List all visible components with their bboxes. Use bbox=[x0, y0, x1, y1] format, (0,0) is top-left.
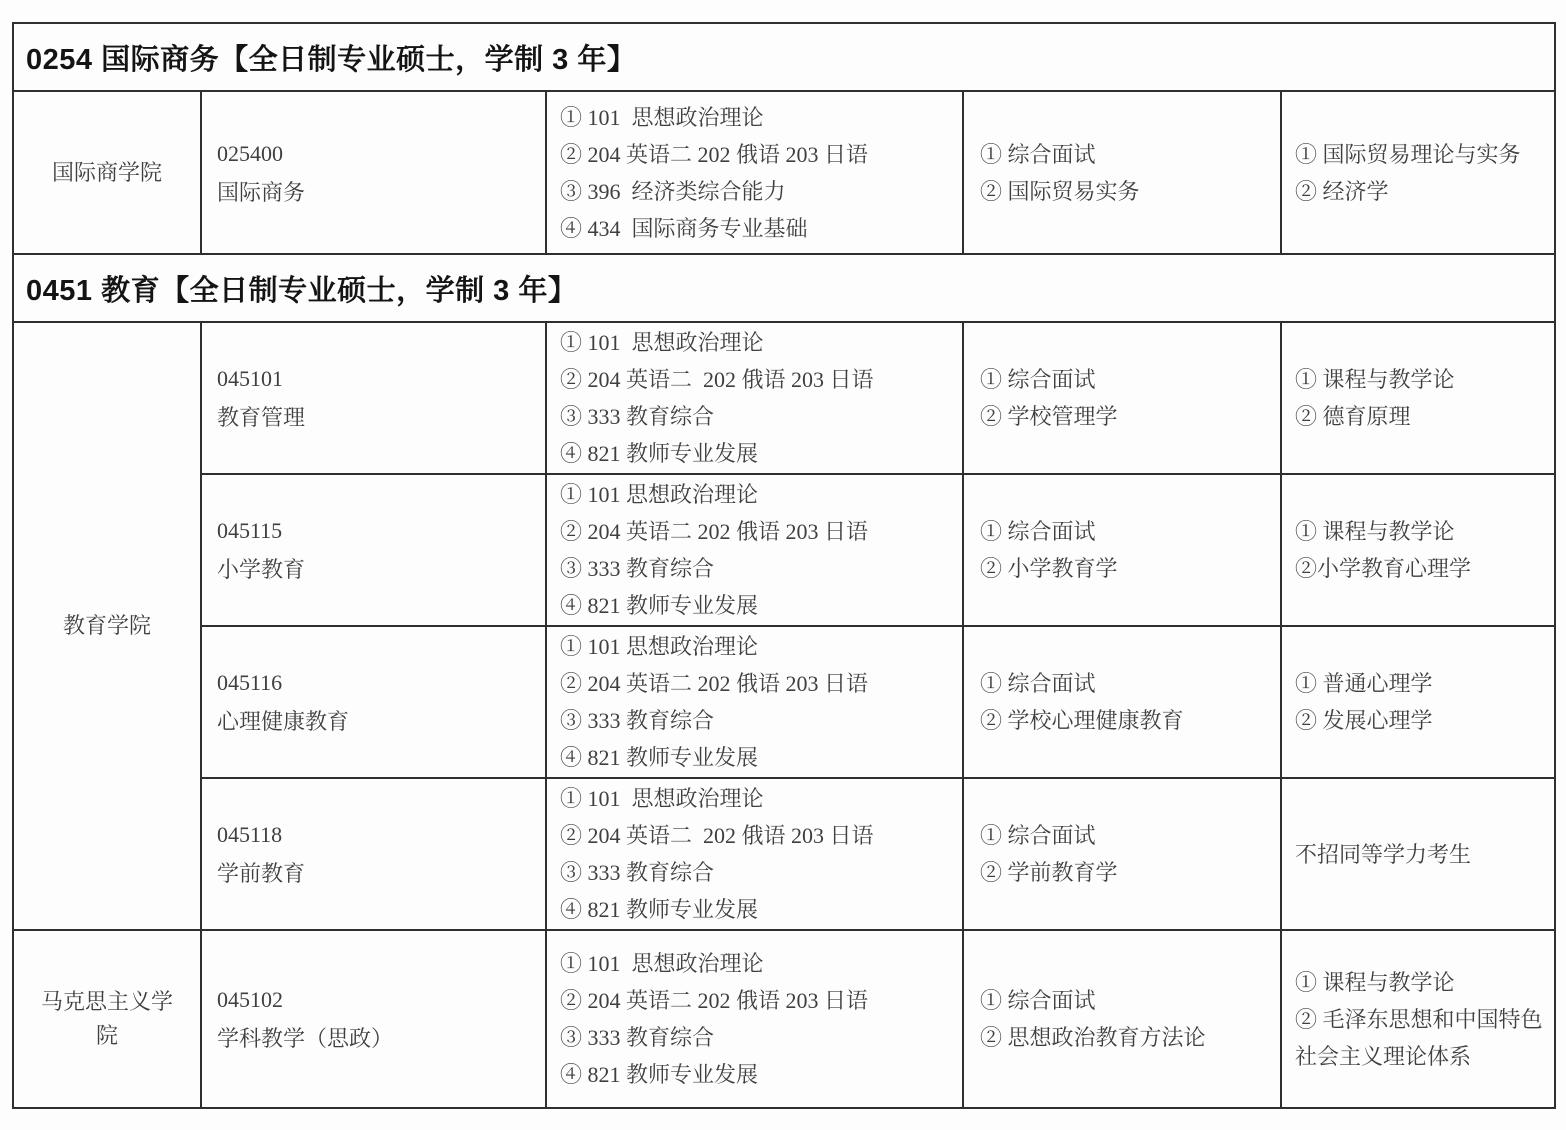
additional-line: ① 普通心理学 bbox=[1295, 665, 1544, 702]
additional-line: ① 课程与教学论 bbox=[1295, 964, 1544, 1001]
retest-line: ② 小学教育学 bbox=[980, 550, 1270, 587]
subject-line: ② 204 英语二 202 俄语 203 日语 bbox=[560, 817, 952, 854]
retest-cell: ① 综合面试 ② 学校管理学 bbox=[963, 322, 1281, 474]
retest-cell: ① 综合面试 ② 思想政治教育方法论 bbox=[963, 930, 1281, 1108]
program-name: 学科教学（思政） bbox=[217, 1019, 537, 1058]
subject-line: ① 101 思想政治理论 bbox=[560, 476, 952, 513]
subject-line: ③ 333 教育综合 bbox=[560, 550, 952, 587]
college-cell: 国际商学院 bbox=[13, 91, 201, 254]
subjects-cell: ① 101 思想政治理论 ② 204 英语二 202 俄语 203 日语 ③ 3… bbox=[546, 930, 963, 1108]
retest-line: ② 学校管理学 bbox=[980, 398, 1270, 435]
subject-line: ② 204 英语二 202 俄语 203 日语 bbox=[560, 982, 952, 1019]
retest-line: ① 综合面试 bbox=[980, 665, 1270, 702]
additional-cell: ① 国际贸易理论与实务 ② 经济学 bbox=[1281, 91, 1555, 254]
section-header-0451: 0451 教育【全日制专业硕士，学制 3 年】 bbox=[13, 254, 1555, 322]
additional-line: ① 课程与教学论 bbox=[1295, 361, 1544, 398]
college-name: 马克思主义学院 bbox=[32, 985, 182, 1053]
additional-line: ① 国际贸易理论与实务 bbox=[1295, 136, 1544, 173]
subject-line: ④ 821 教师专业发展 bbox=[560, 1056, 952, 1093]
program-name: 学前教育 bbox=[217, 854, 537, 893]
subject-line: ④ 821 教师专业发展 bbox=[560, 739, 952, 776]
subjects-cell: ① 101 思想政治理论 ② 204 英语二 202 俄语 203 日语 ③ 3… bbox=[546, 778, 963, 930]
subject-line: ② 204 英语二 202 俄语 203 日语 bbox=[560, 513, 952, 550]
remark-cell: 不招同等学力考生 bbox=[1281, 778, 1555, 930]
college-cell: 教育学院 bbox=[13, 322, 201, 930]
retest-line: ① 综合面试 bbox=[980, 136, 1270, 173]
additional-line: ② 发展心理学 bbox=[1295, 702, 1544, 739]
retest-line: ② 国际贸易实务 bbox=[980, 173, 1270, 210]
subject-line: ② 204 英语二 202 俄语 203 日语 bbox=[560, 361, 952, 398]
college-name: 国际商学院 bbox=[32, 156, 182, 190]
retest-cell: ① 综合面试 ② 学前教育学 bbox=[963, 778, 1281, 930]
retest-cell: ① 综合面试 ② 小学教育学 bbox=[963, 474, 1281, 626]
additional-cell: ① 课程与教学论 ② 毛泽东思想和中国特色社会主义理论体系 bbox=[1281, 930, 1555, 1108]
program-code: 025400 bbox=[217, 134, 537, 173]
subject-line: ③ 333 教育综合 bbox=[560, 1019, 952, 1056]
subjects-cell: ① 101 思想政治理论 ② 204 英语二 202 俄语 203 日语 ③ 3… bbox=[546, 91, 963, 254]
program-code: 045116 bbox=[217, 663, 537, 702]
additional-line: ② 德育原理 bbox=[1295, 398, 1544, 435]
retest-line: ① 综合面试 bbox=[980, 361, 1270, 398]
additional-cell: ① 课程与教学论 ②小学教育心理学 bbox=[1281, 474, 1555, 626]
program-cell: 045116 心理健康教育 bbox=[201, 626, 546, 778]
section-header-0254: 0254 国际商务【全日制专业硕士，学制 3 年】 bbox=[13, 23, 1555, 91]
additional-line: ① 课程与教学论 bbox=[1295, 513, 1544, 550]
subject-line: ② 204 英语二 202 俄语 203 日语 bbox=[560, 665, 952, 702]
program-cell: 045118 学前教育 bbox=[201, 778, 546, 930]
additional-cell: ① 课程与教学论 ② 德育原理 bbox=[1281, 322, 1555, 474]
subject-line: ④ 821 教师专业发展 bbox=[560, 891, 952, 928]
remark-text: 不招同等学力考生 bbox=[1295, 836, 1544, 873]
program-code: 045101 bbox=[217, 359, 537, 398]
subject-line: ③ 396 经济类综合能力 bbox=[560, 173, 952, 210]
program-name: 心理健康教育 bbox=[217, 702, 537, 741]
subjects-cell: ① 101 思想政治理论 ② 204 英语二 202 俄语 203 日语 ③ 3… bbox=[546, 474, 963, 626]
college-name: 教育学院 bbox=[32, 609, 182, 643]
subject-line: ① 101 思想政治理论 bbox=[560, 780, 952, 817]
college-cell: 马克思主义学院 bbox=[13, 930, 201, 1108]
program-code: 045102 bbox=[217, 980, 537, 1019]
retest-cell: ① 综合面试 ② 国际贸易实务 bbox=[963, 91, 1281, 254]
program-code: 045118 bbox=[217, 815, 537, 854]
subject-line: ① 101 思想政治理论 bbox=[560, 99, 952, 136]
retest-line: ② 思想政治教育方法论 bbox=[980, 1019, 1270, 1056]
program-name: 教育管理 bbox=[217, 398, 537, 437]
subject-line: ① 101 思想政治理论 bbox=[560, 628, 952, 665]
retest-line: ① 综合面试 bbox=[980, 817, 1270, 854]
additional-line: ② 经济学 bbox=[1295, 173, 1544, 210]
program-cell: 045101 教育管理 bbox=[201, 322, 546, 474]
program-cell: 045115 小学教育 bbox=[201, 474, 546, 626]
subject-line: ③ 333 教育综合 bbox=[560, 854, 952, 891]
subjects-cell: ① 101 思想政治理论 ② 204 英语二 202 俄语 203 日语 ③ 3… bbox=[546, 626, 963, 778]
additional-line: ② 毛泽东思想和中国特色社会主义理论体系 bbox=[1295, 1001, 1544, 1075]
retest-line: ② 学前教育学 bbox=[980, 854, 1270, 891]
program-cell: 045102 学科教学（思政） bbox=[201, 930, 546, 1108]
subjects-cell: ① 101 思想政治理论 ② 204 英语二 202 俄语 203 日语 ③ 3… bbox=[546, 322, 963, 474]
subject-line: ① 101 思想政治理论 bbox=[560, 945, 952, 982]
subject-line: ① 101 思想政治理论 bbox=[560, 324, 952, 361]
subject-line: ④ 434 国际商务专业基础 bbox=[560, 210, 952, 247]
retest-cell: ① 综合面试 ② 学校心理健康教育 bbox=[963, 626, 1281, 778]
retest-line: ① 综合面试 bbox=[980, 513, 1270, 550]
subject-line: ④ 821 教师专业发展 bbox=[560, 587, 952, 624]
additional-line: ②小学教育心理学 bbox=[1295, 550, 1544, 587]
subject-line: ② 204 英语二 202 俄语 203 日语 bbox=[560, 136, 952, 173]
subject-line: ③ 333 教育综合 bbox=[560, 702, 952, 739]
program-name: 小学教育 bbox=[217, 550, 537, 589]
program-code: 045115 bbox=[217, 511, 537, 550]
program-name: 国际商务 bbox=[217, 173, 537, 212]
retest-line: ① 综合面试 bbox=[980, 982, 1270, 1019]
program-cell: 025400 国际商务 bbox=[201, 91, 546, 254]
retest-line: ② 学校心理健康教育 bbox=[980, 702, 1270, 739]
document-page: 0254 国际商务【全日制专业硕士，学制 3 年】 国际商学院 025400 国… bbox=[0, 0, 1566, 1130]
subject-line: ③ 333 教育综合 bbox=[560, 398, 952, 435]
additional-cell: ① 普通心理学 ② 发展心理学 bbox=[1281, 626, 1555, 778]
subject-line: ④ 821 教师专业发展 bbox=[560, 435, 952, 472]
admissions-table: 0254 国际商务【全日制专业硕士，学制 3 年】 国际商学院 025400 国… bbox=[12, 22, 1556, 1109]
